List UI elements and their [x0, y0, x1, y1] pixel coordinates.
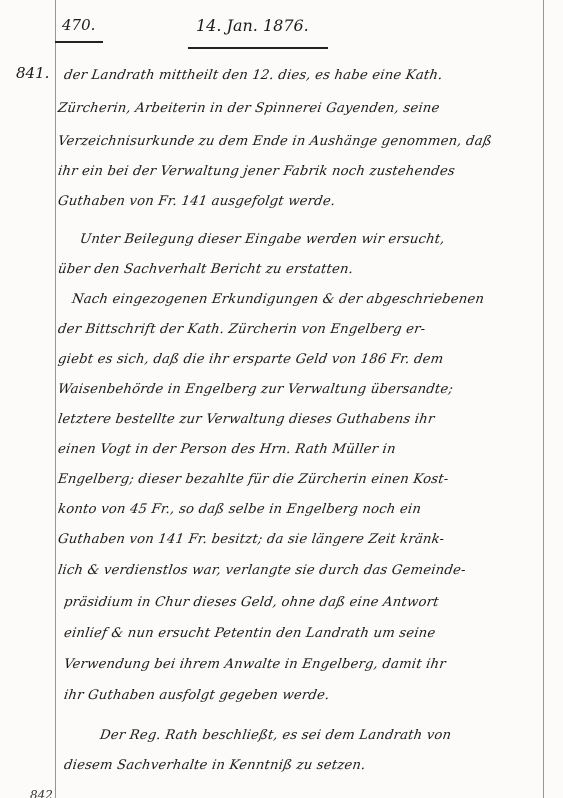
text-line: der Landrath mittheilt den 12. dies, es …	[63, 68, 444, 83]
text-line: ihr Guthaben ausfolgt gegeben werde.	[63, 688, 330, 703]
text-line: lich & verdienstlos war, verlangte sie d…	[57, 563, 467, 578]
text-line: Der Reg. Rath beschließt, es sei dem Lan…	[99, 728, 452, 743]
page-number-underline	[55, 41, 103, 43]
text-line: der Bittschrift der Kath. Zürcherin von …	[57, 322, 426, 337]
text-line: Verzeichnisurkunde zu dem Ende in Aushän…	[57, 134, 493, 149]
text-line: über den Sachverhalt Bericht zu erstatte…	[57, 262, 354, 277]
text-line: präsidium in Chur dieses Geld, ohne daß …	[63, 595, 440, 610]
page-date: 14. Jan. 1876.	[196, 16, 309, 35]
text-line: letztere bestellte zur Verwaltung dieses…	[57, 412, 435, 427]
text-line: einlief & nun ersucht Petentin den Landr…	[63, 626, 436, 641]
page-number: 470.	[62, 16, 95, 34]
text-line: ihr ein bei der Verwaltung jener Fabrik …	[57, 164, 456, 179]
text-line: Unter Beilegung dieser Eingabe werden wi…	[79, 232, 446, 247]
text-line: Guthaben von 141 Fr. besitzt; da sie län…	[57, 532, 445, 547]
entry-number: 841.	[16, 64, 49, 82]
right-margin-rule	[543, 0, 544, 798]
text-line: Verwendung bei ihrem Anwalte in Engelber…	[63, 657, 447, 672]
page-date-underline	[188, 47, 328, 49]
ledger-page: 470. 14. Jan. 1876. 841. der Landrath mi…	[0, 0, 563, 798]
text-line: Zürcherin, Arbeiterin in der Spinnerei G…	[57, 101, 441, 116]
text-line: konto von 45 Fr., so daß selbe in Engelb…	[57, 502, 422, 517]
text-line: einen Vogt in der Person des Hrn. Rath M…	[57, 442, 397, 457]
text-line: diesem Sachverhalte in Kenntniß zu setze…	[63, 758, 367, 773]
left-margin-rule	[55, 0, 56, 798]
text-line: Guthaben von Fr. 141 ausgefolgt werde.	[57, 194, 336, 209]
text-line: Waisenbehörde in Engelberg zur Verwaltun…	[57, 382, 454, 397]
text-line: Nach eingezogenen Erkundigungen & der ab…	[71, 292, 485, 307]
next-entry-number: 842	[30, 788, 53, 798]
text-line: giebt es sich, daß die ihr ersparte Geld…	[57, 352, 444, 367]
text-line: Engelberg; dieser bezahlte für die Zürch…	[57, 472, 449, 487]
